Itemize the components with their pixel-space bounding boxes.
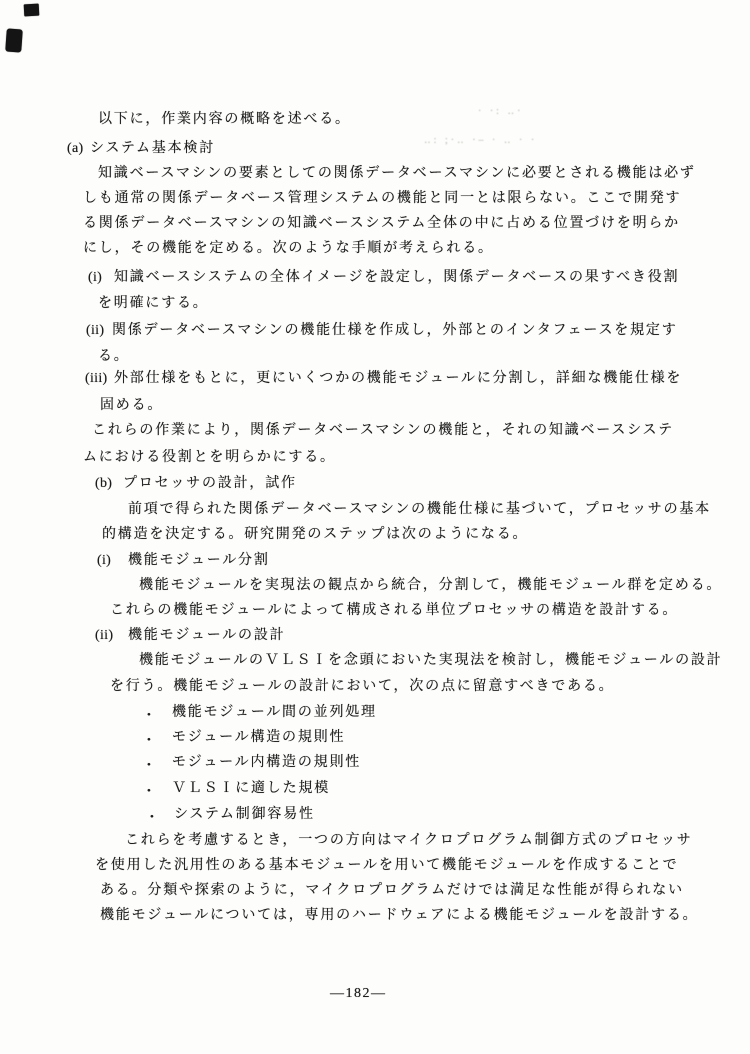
text-line-section_b-items-0-label: (i) — [97, 553, 111, 569]
text-line-section_b-paragraph-0: 前項で得られた関係データベースマシンの機能仕様に基づいて，プロセッサの基本 — [128, 502, 711, 518]
text-line-section_b-items-1-lines-0: 機能モジュールのＶＬＳＩを念頭においた実現法を検討し，機能モジュールの設計 — [139, 653, 722, 669]
text-line-section_b-items-1-label: (ii) — [95, 628, 113, 644]
text-line-section_b-closing-2: ある。分類や探索のように，マイクロプログラムだけでは満足な性能が得られない — [100, 883, 684, 899]
text-line-section_a-items-2-lines-1: 固める。 — [100, 398, 163, 414]
text-line-page_number: —182— — [330, 986, 387, 1002]
text-line-section_b-label: (b) — [95, 476, 112, 492]
text-line-section_b-closing-0: これらを考慮するとき，一つの方向はマイクロプログラム制御方式のプロセッサ — [125, 833, 693, 849]
text-line-section_a-items-1-label: (ii) — [86, 323, 104, 339]
text-line-section_b-bullets-3: ＶＬＳＩに適した規模 — [172, 781, 330, 797]
text-line-section_b-items-0-title: 機能モジュール分割 — [128, 553, 270, 569]
text-line-section_a-closing-1: ムにおける役割とを明らかにする。 — [83, 450, 336, 466]
scan-artifact-corner-mark-2 — [5, 28, 23, 52]
text-line-section_b-items-1-lines-1: を行う。機能モジュールの設計において，次の点に留意すべきである。 — [110, 679, 614, 695]
text-line-section_b-paragraph-1: 的構造を決定する。研究開発のステップは次のようになる。 — [102, 527, 528, 543]
text-line-section_b-bullet_char: • — [147, 783, 151, 799]
text-line-section_a-paragraph-1: しも通常の関係データベース管理システムの機能と同一とは限らない。ここで開発す — [83, 191, 681, 207]
text-line-section_a-closing-0: これらの作業により，関係データベースマシンの機能と，それの知識ベースシステ — [92, 423, 674, 439]
text-line-section_a-items-0-lines-1: を明確にする。 — [98, 296, 209, 312]
text-line-section_b-items-0-lines-1: これらの機能モジュールによって構成される単位プロセッサの構造を設計する。 — [110, 603, 678, 619]
text-line-section_b-closing-3: 機能モジュールについては，専用のハードウェアによる機能モジュールを設計する。 — [100, 908, 698, 924]
text-line-section_a-items-0-label: (i) — [88, 270, 102, 286]
text-line-section_a-items-0-lines-0: 知識ベースシステムの全体イメージを設定し，関係データベースの果すべき役割 — [114, 270, 679, 286]
text-line-section_b-bullet_char: • — [147, 757, 151, 773]
scan-smudge-1: · ·: ‥· — [478, 106, 523, 117]
text-line-section_b-closing-1: を使用した汎用性のある基本モジュールを用いて機能モジュールを作成することで — [95, 858, 678, 874]
text-line-section_b-items-1-title: 機能モジュールの設計 — [128, 628, 285, 644]
text-line-section_b-bullets-4: システム制御容易性 — [174, 807, 315, 823]
text-line-section_b-title: プロセッサの設計，試作 — [123, 476, 297, 492]
text-line-section_b-items-0-lines-0: 機能モジュールを実現法の観点から統合，分割して，機能モジュール群を定める。 — [139, 578, 722, 594]
text-line-section_b-bullets-0: 機能モジュール間の並列処理 — [172, 705, 377, 721]
text-line-section_a-paragraph-0: 知識ベースマシンの要素としての関係データベースマシンに必要とされる機能は必ず — [98, 166, 696, 182]
scan-artifact-corner-mark-1 — [24, 4, 40, 17]
text-line-section_a-items-1-lines-0: 関係データベースマシンの機能仕様を作成し，外部とのインタフェースを規定す — [112, 323, 678, 339]
text-line-section_a-label: (a) — [67, 141, 83, 157]
text-line-section_b-bullets-1: モジュール構造の規則性 — [172, 730, 345, 746]
text-line-section_a-title: システム基本検討 — [90, 141, 215, 157]
text-line-section_a-items-2-lines-0: 外部仕様をもとに，更にいくつかの機能モジュールに分割し，詳細な機能仕様を — [114, 371, 682, 387]
scanned-document-page: · ·: ‥· ‥: ;·‥ ·– · ‥ · · 以下に，作業内容の概略を述べ… — [0, 0, 750, 1054]
scan-smudge-2: ‥: ;·‥ ·– · ‥ · · — [424, 135, 537, 146]
text-line-section_b-bullet_char: • — [147, 707, 151, 723]
text-line-section_b-bullets-2: モジュール内構造の規則性 — [172, 755, 361, 771]
text-line-intro: 以下に，作業内容の概略を述べる。 — [98, 112, 351, 128]
text-line-section_a-items-1-lines-1: る。 — [98, 349, 130, 365]
text-line-section_a-paragraph-2: る関係データベースマシンの知識ベースシステム全体の中に占める位置づけを明らか — [83, 216, 680, 232]
text-line-section_b-bullet_char: • — [150, 809, 154, 825]
text-line-section_a-paragraph-3: にし，その機能を定める。次のような手順が考えられる。 — [83, 241, 494, 257]
text-line-section_b-bullet_char: • — [147, 732, 151, 748]
text-line-section_a-items-2-label: (iii) — [85, 371, 108, 387]
